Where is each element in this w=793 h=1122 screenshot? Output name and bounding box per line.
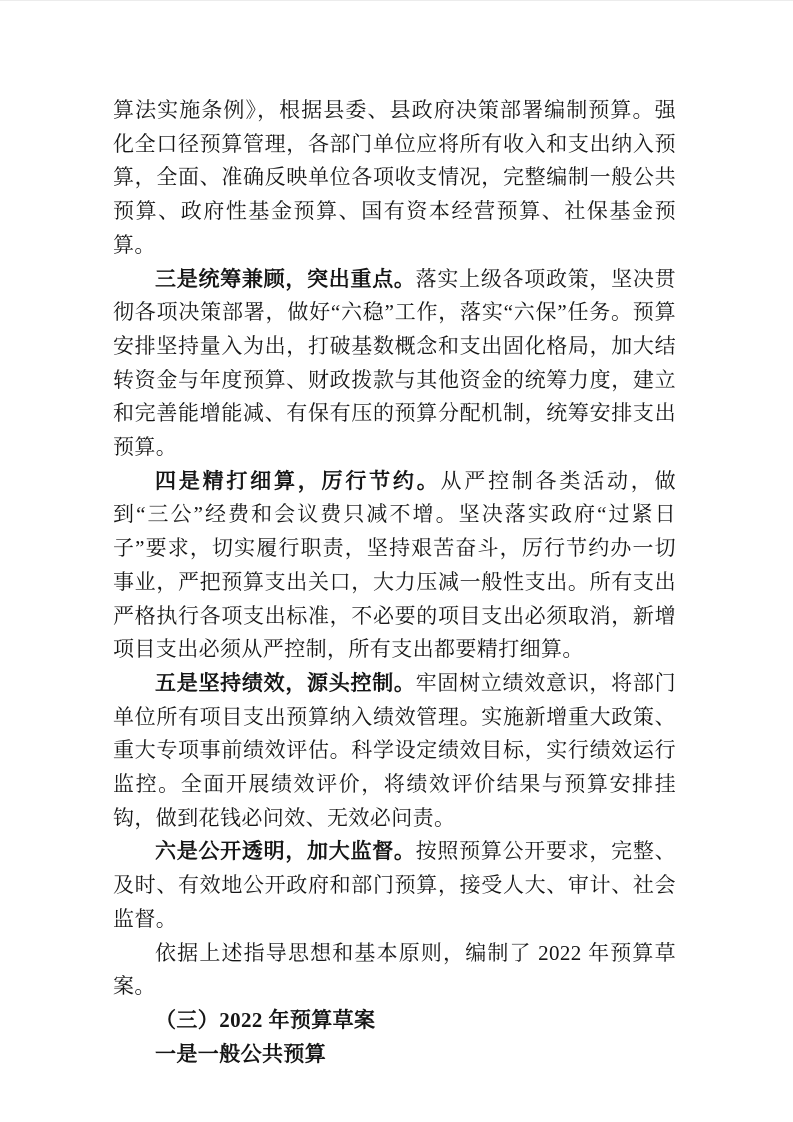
subsection-heading-general-public-budget: 一是一般公共预算 bbox=[113, 1038, 676, 1072]
paragraph-point-four: 四是精打细算，厉行节约。从严控制各类活动，做到“三公”经费和会议费只减不增。坚决… bbox=[113, 465, 676, 667]
paragraph-point-six: 六是公开透明，加大监督。按照预算公开要求，完整、及时、有效地公开政府和部门预算，… bbox=[113, 835, 676, 936]
paragraph-continuation: 算法实施条例》，根据县委、县政府决策部署编制预算。强化全口径预算管理，各部门单位… bbox=[113, 94, 676, 263]
paragraph-lead: 六是公开透明，加大监督。 bbox=[155, 839, 416, 863]
paragraph-lead: 四是精打细算，厉行节约。 bbox=[155, 469, 440, 493]
paragraph-lead: 五是坚持绩效，源头控制。 bbox=[155, 671, 416, 695]
paragraph-text: 从严控制各类活动，做到“三公”经费和会议费只减不增。坚决落实政府“过紧日子”要求… bbox=[113, 469, 676, 662]
section-heading-budget-draft: （三）2022 年预算草案 bbox=[113, 1004, 676, 1038]
paragraph-text: 落实上级各项政策，坚决贯彻各项决策部署，做好“六稳”工作，落实“六保”任务。预算… bbox=[113, 267, 676, 460]
paragraph-text: 算法实施条例》，根据县委、县政府决策部署编制预算。强化全口径预算管理，各部门单位… bbox=[113, 98, 676, 257]
paragraph-lead: 三是统筹兼顾，突出重点。 bbox=[155, 267, 416, 291]
document-page: 算法实施条例》，根据县委、县政府决策部署编制预算。强化全口径预算管理，各部门单位… bbox=[113, 94, 676, 1071]
paragraph-point-three: 三是统筹兼顾，突出重点。落实上级各项政策，坚决贯彻各项决策部署，做好“六稳”工作… bbox=[113, 263, 676, 465]
paragraph-point-five: 五是坚持绩效，源头控制。牢固树立绩效意识，将部门单位所有项目支出预算纳入绩效管理… bbox=[113, 667, 676, 836]
paragraph-closing: 依据上述指导思想和基本原则，编制了 2022 年预算草案。 bbox=[113, 937, 676, 1004]
paragraph-text: 依据上述指导思想和基本原则，编制了 2022 年预算草案。 bbox=[113, 941, 676, 999]
